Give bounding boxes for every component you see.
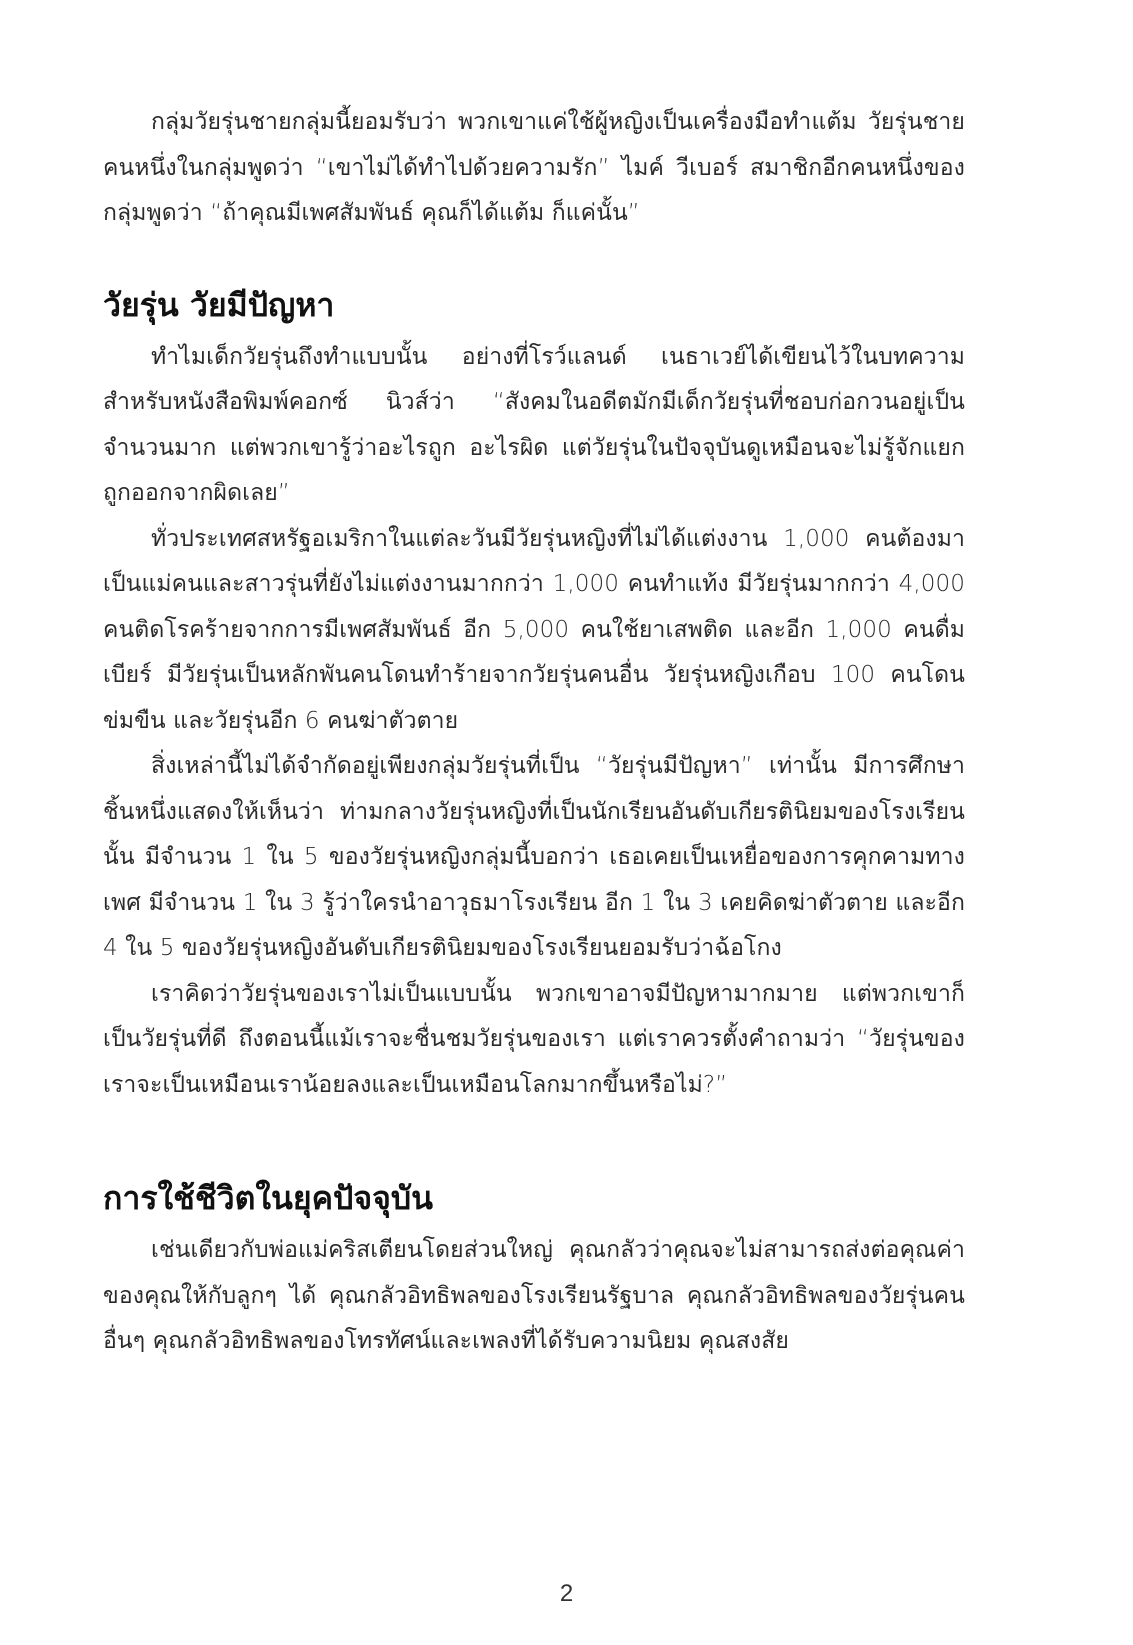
section-heading-modern-life: การใช้ชีวิตในยุคปัจจุบัน: [103, 1168, 965, 1228]
page-number: 2: [0, 1580, 1133, 1608]
section-heading-troubled-teens: วัยรุ่น วัยมีปัญหา: [103, 275, 965, 335]
paragraph: เช่นเดียวกับพ่อแม่คริสเตียนโดยส่วนใหญ่ ค…: [103, 1228, 965, 1365]
paragraph: เราคิดว่าวัยรุ่นของเราไม่เป็นแบบนั้น พวก…: [103, 972, 965, 1109]
paragraph: ทั่วประเทศสหรัฐอเมริกาในแต่ละวันมีวัยรุ่…: [103, 517, 965, 745]
paragraph: ทำไมเด็กวัยรุ่นถึงทำแบบนั้น อย่างที่โรว์…: [103, 335, 965, 517]
document-page: กลุ่มวัยรุ่นชายกลุ่มนี้ยอมรับว่า พวกเขาแ…: [103, 100, 965, 1365]
intro-paragraph: กลุ่มวัยรุ่นชายกลุ่มนี้ยอมรับว่า พวกเขาแ…: [103, 100, 965, 237]
paragraph: สิ่งเหล่านี้ไม่ได้จำกัดอยู่เพียงกลุ่มวัย…: [103, 744, 965, 972]
